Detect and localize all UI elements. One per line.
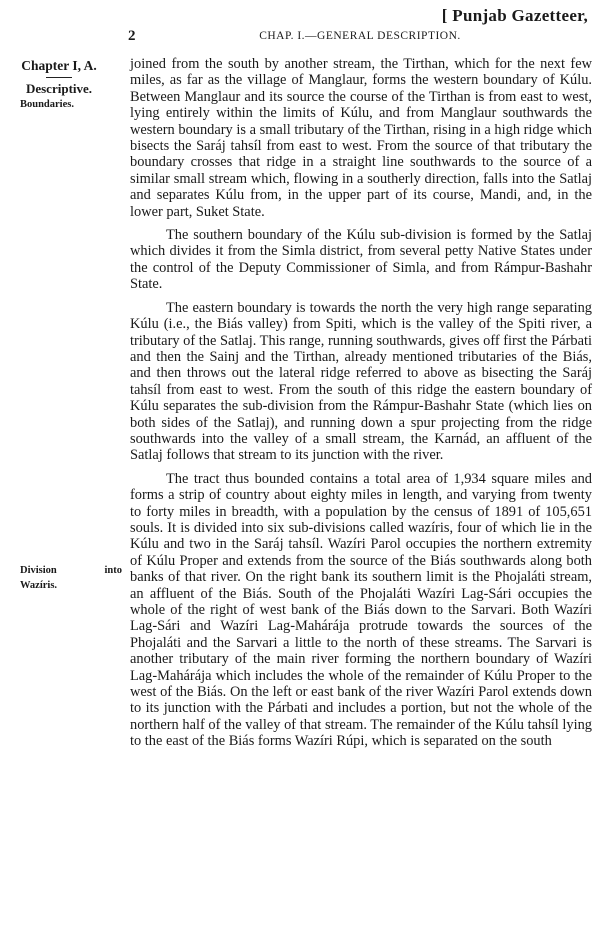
margin-division-block: Division into Wazíris. [0, 563, 124, 593]
running-head: [ Punjab Gazetteer, [442, 6, 588, 26]
paragraph-3: The eastern boundary is towards the nort… [130, 300, 592, 464]
paragraph-4: The tract thus bounded contains a total … [130, 471, 592, 750]
sidenote-boundaries: Boundaries. [0, 97, 118, 112]
sidenote-division: Division [20, 563, 57, 578]
sidenote-into: into [104, 563, 122, 578]
margin-chapter-block: Chapter I, A. Descriptive. Boundaries. [0, 58, 118, 112]
sidenote-division-row: Division into [0, 563, 124, 578]
paragraph-2: The southern boundary of the Kúlu sub-di… [130, 227, 592, 293]
sidenote-waziris: Wazíris. [0, 578, 124, 593]
paragraph-1: joined from the south by another stream,… [130, 56, 592, 220]
margin-section: Descriptive. [0, 81, 118, 97]
margin-chapter: Chapter I, A. [0, 58, 118, 74]
main-text: joined from the south by another stream,… [130, 56, 592, 750]
chapter-title: CHAP. I.—GENERAL DESCRIPTION. [0, 30, 600, 42]
margin-rule [46, 77, 72, 78]
